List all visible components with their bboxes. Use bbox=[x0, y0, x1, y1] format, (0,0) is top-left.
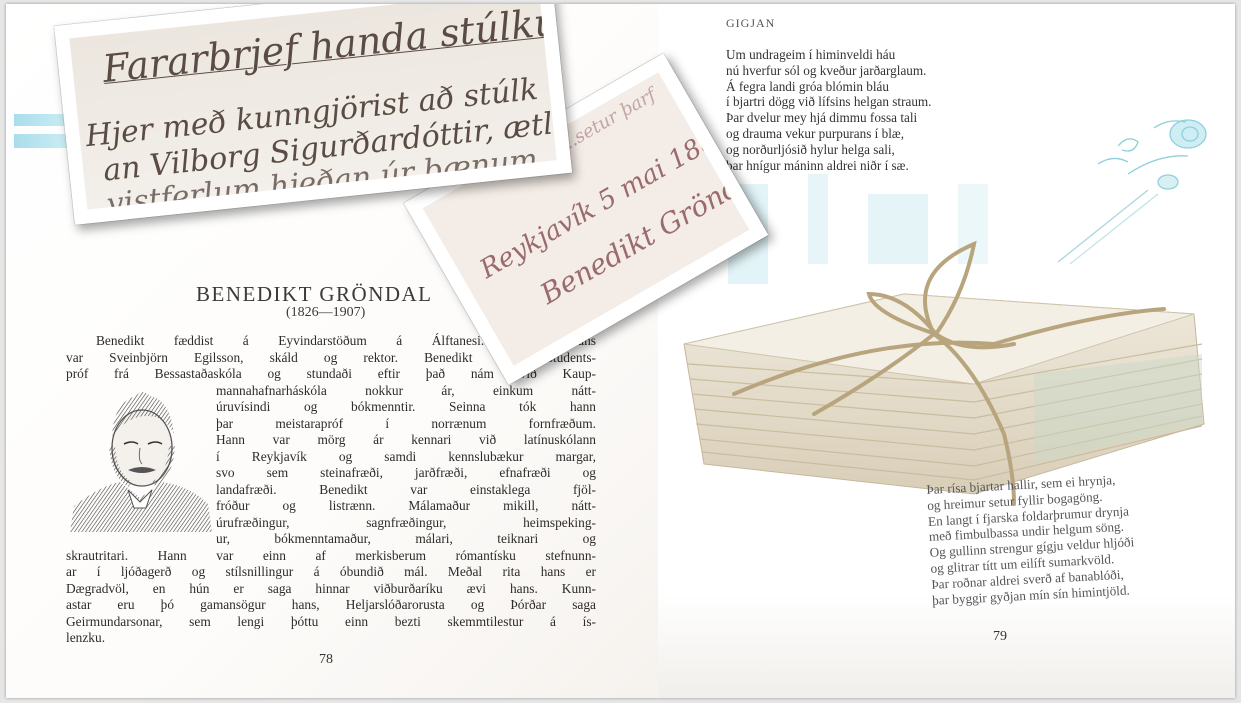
collage-canvas: BENEDIKT GRÖNDAL (1826—1907) Benedikt fæ… bbox=[6, 4, 1235, 698]
poem-title: GIGJAN bbox=[726, 16, 775, 31]
page-number-right: 79 bbox=[993, 629, 1007, 645]
poem-line: þar hnígur máninn aldrei niðr í sæ. bbox=[726, 158, 931, 174]
bio-years: (1826—1907) bbox=[286, 305, 365, 321]
bio-line: Geirmundarsonar, sem lengi þóttu einn be… bbox=[66, 614, 596, 631]
page-number-left: 78 bbox=[319, 652, 333, 668]
poem-line: Þar dvelur mey hjá dimmu fossa tali bbox=[726, 110, 931, 126]
bio-line: astar eru þó gamansögur hans, Heljarslóð… bbox=[66, 597, 596, 614]
bio-line: Dægradvöl, en hún er saga hinnar viðburð… bbox=[66, 581, 596, 598]
bio-line: ar í ljóðagerð og stílsnillingur á óbund… bbox=[66, 564, 596, 581]
bio-line: skrautritari. Hann var einn af merkisber… bbox=[66, 548, 596, 565]
poem-line: í bjartri dögg við lífsins helgan straum… bbox=[726, 94, 931, 110]
poem-line: og drauma vekur purpurans í blæ, bbox=[726, 126, 931, 142]
bio-title: BENEDIKT GRÖNDAL bbox=[196, 282, 433, 307]
poem-line: nú hverfur sól og kveður jarðarglaum. bbox=[726, 63, 931, 79]
poem-stanza-1: Um undrageim í himinveldi háu nú hverfur… bbox=[726, 47, 931, 173]
poem-line: Um undrageim í himinveldi háu bbox=[726, 47, 931, 63]
bio-line: ur, bókmenntamaður, málari, teiknari og bbox=[66, 531, 596, 548]
poem-stanza-2: Þar rísa bjartar hallir, sem ei hrynja, … bbox=[926, 471, 1137, 608]
bio-line: lenzku. bbox=[66, 630, 596, 647]
poem-line: og norðurljósið hylur helga sali, bbox=[726, 142, 931, 158]
portrait-engraving bbox=[70, 386, 212, 532]
handwritten-letter: Fararbrjef handa stúlku Hjer með kunngjö… bbox=[69, 4, 556, 210]
poem-line: Á fegra landi gróa blómin bláu bbox=[726, 79, 931, 95]
